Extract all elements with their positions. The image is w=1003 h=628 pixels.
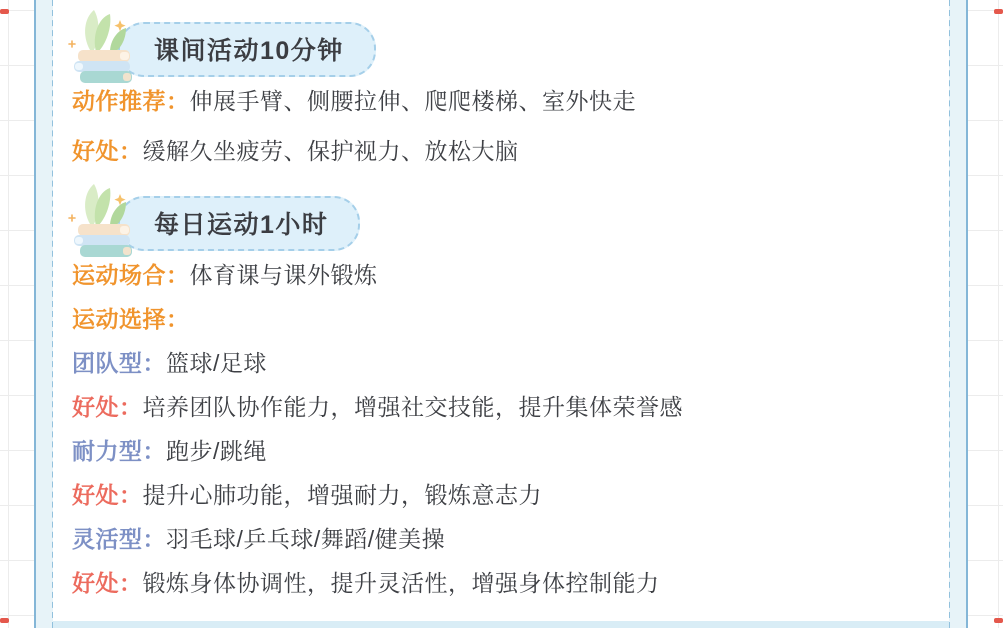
text-line: 团队型：篮球/足球 xyxy=(72,348,939,378)
line-label: 好处： xyxy=(72,138,143,164)
line-text: 篮球/足球 xyxy=(166,350,267,376)
text-line: 好处：提升心肺功能，增强耐力，锻炼意志力 xyxy=(72,480,939,510)
line-label: 动作推荐： xyxy=(72,88,190,114)
line-text: 跑步/跳绳 xyxy=(166,438,267,464)
line-text: 提升心肺功能，增强耐力，锻炼意志力 xyxy=(143,482,543,508)
line-text: 锻炼身体协调性，提升灵活性，增强身体控制能力 xyxy=(143,570,660,596)
line-label: 灵活型： xyxy=(72,526,166,552)
right-border-band xyxy=(948,0,968,628)
corner-mark-top-right xyxy=(994,9,1003,14)
worksheet-page: { "page": { "frame": { "side_line_color"… xyxy=(0,0,1003,628)
section-header: 每日运动1小时 xyxy=(72,188,939,252)
text-line: 运动场合：体育课与课外锻炼 xyxy=(72,260,939,290)
left-border-band xyxy=(34,0,54,628)
section-title-badge: 课间活动10分钟 xyxy=(118,22,376,77)
text-line: 灵活型：羽毛球/乒乓球/舞蹈/健美操 xyxy=(72,524,939,554)
line-text: 伸展手臂、侧腰拉伸、爬爬楼梯、室外快走 xyxy=(190,88,637,114)
section-header: 课间活动10分钟 xyxy=(72,14,939,78)
line-label: 团队型： xyxy=(72,350,166,376)
page-content: 课间活动10分钟 动作推荐：伸展手臂、侧腰拉伸、爬爬楼梯、室外快走 好处：缓解久… xyxy=(53,0,949,621)
line-text: 体育课与课外锻炼 xyxy=(190,262,378,288)
books-and-leaves-icon xyxy=(68,6,138,86)
text-line: 运动选择： xyxy=(72,304,939,334)
text-line: 好处：锻炼身体协调性，提升灵活性，增强身体控制能力 xyxy=(72,568,939,598)
text-line: 耐力型：跑步/跳绳 xyxy=(72,436,939,466)
line-label: 好处： xyxy=(72,570,143,596)
corner-mark-bottom-left xyxy=(0,618,9,623)
books-and-leaves-icon xyxy=(68,180,138,260)
corner-mark-bottom-right xyxy=(994,618,1003,623)
corner-mark-top-left xyxy=(0,9,9,14)
line-label: 耐力型： xyxy=(72,438,166,464)
text-line: 好处：培养团队协作能力，增强社交技能，提升集体荣誉感 xyxy=(72,392,939,422)
line-text: 培养团队协作能力，增强社交技能，提升集体荣誉感 xyxy=(143,394,684,420)
bottom-border-band xyxy=(53,621,949,628)
line-label: 好处： xyxy=(72,394,143,420)
line-label: 运动选择： xyxy=(72,306,190,332)
section-title-badge: 每日运动1小时 xyxy=(118,196,360,251)
text-line: 好处：缓解久坐疲劳、保护视力、放松大脑 xyxy=(72,136,939,166)
line-label: 运动场合： xyxy=(72,262,190,288)
section-daily-exercise: 每日运动1小时 运动场合：体育课与课外锻炼 运动选择： 团队型：篮球/足球 好处… xyxy=(72,188,939,598)
line-label: 好处： xyxy=(72,482,143,508)
line-text: 缓解久坐疲劳、保护视力、放松大脑 xyxy=(143,138,519,164)
line-text: 羽毛球/乒乓球/舞蹈/健美操 xyxy=(166,526,445,552)
section-break-activity: 课间活动10分钟 动作推荐：伸展手臂、侧腰拉伸、爬爬楼梯、室外快走 好处：缓解久… xyxy=(72,14,939,166)
text-line: 动作推荐：伸展手臂、侧腰拉伸、爬爬楼梯、室外快走 xyxy=(72,86,939,116)
